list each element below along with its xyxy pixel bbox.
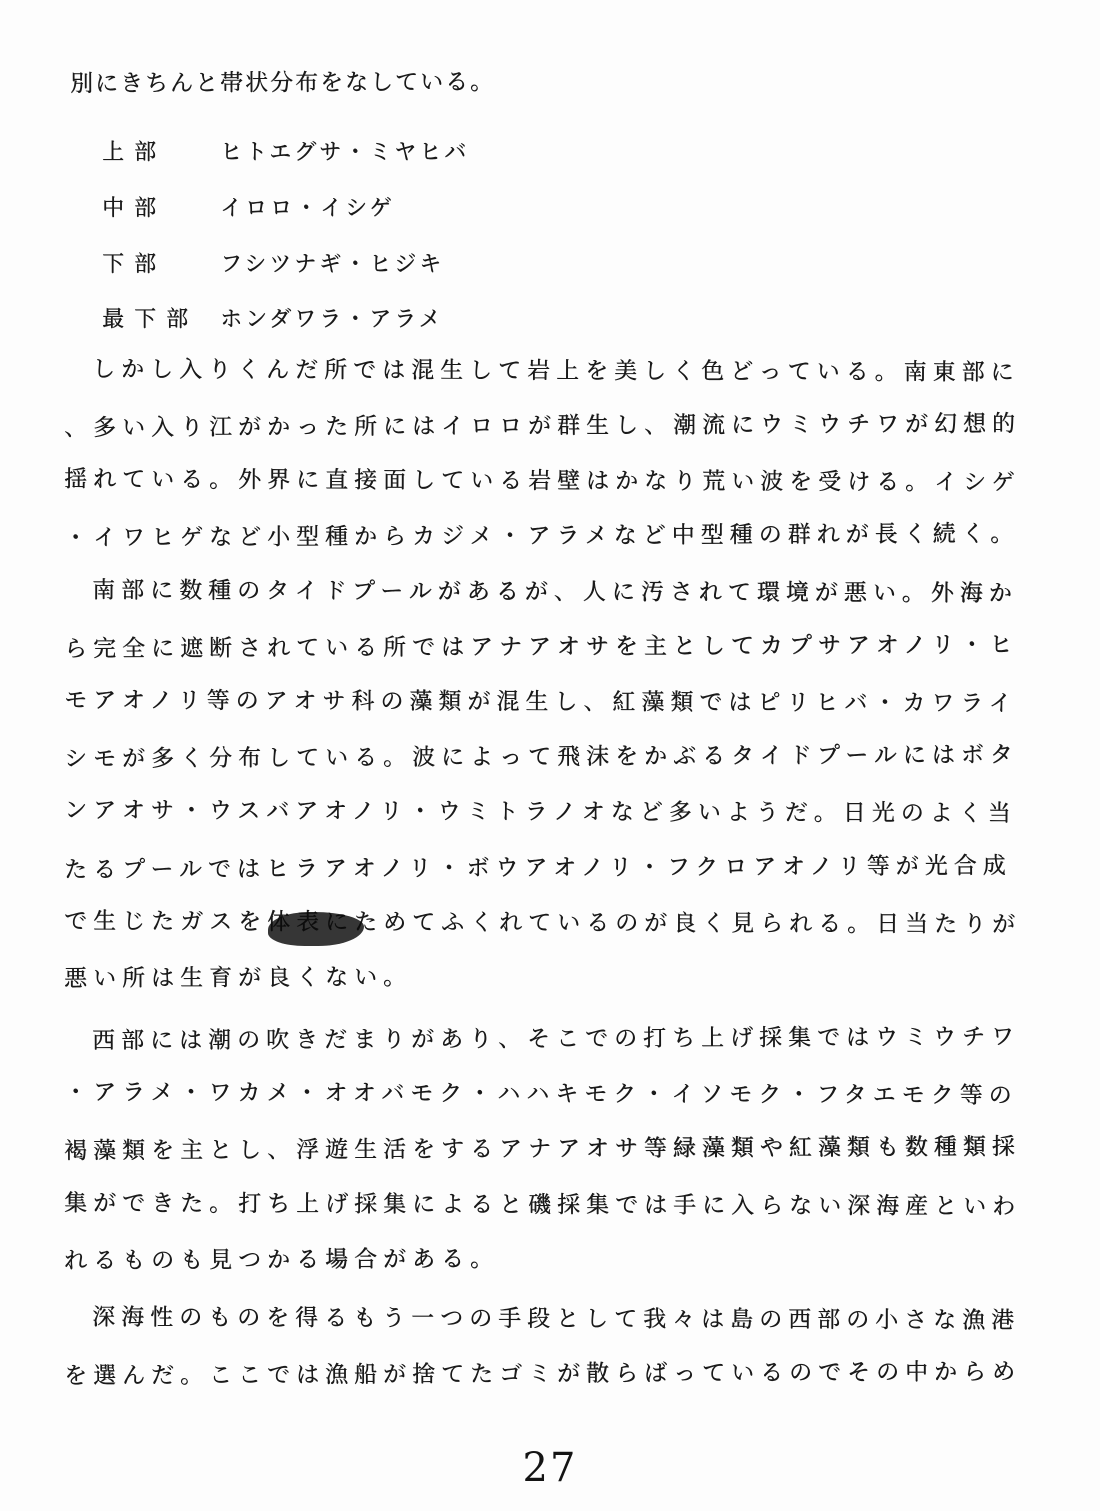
zone-species: イロロ・イシゲ xyxy=(220,191,395,222)
paragraph-line: シモが多く分布している。波によって飛沫をかぶるタイドプールにはボタ xyxy=(64,744,1019,771)
zone-row: 中部 イロロ・イシゲ xyxy=(0,191,1100,221)
zone-label: 上部 xyxy=(102,135,166,166)
zone-label: 最下部 xyxy=(102,302,198,333)
paragraph-line: 深海性のものを得るもう一つの手段として我々は島の西部の小さな漁港 xyxy=(92,1306,1020,1332)
scanned-document-page: 別にきちんと帯状分布をなしている。 上部 ヒトエグサ・ミヤヒバ 中部 イロロ・イ… xyxy=(0,0,1100,1511)
zone-row: 上部 ヒトエグサ・ミヤヒバ xyxy=(0,135,1100,165)
ink-smudge xyxy=(268,912,364,946)
zone-label: 中部 xyxy=(102,191,166,222)
intro-line: 別にきちんと帯状分布をなしている。 xyxy=(70,71,495,96)
paragraph-line: ・アラメ・ワカメ・オオバモク・ハハキモク・イソモク・フタエモク等の xyxy=(64,1081,1018,1107)
paragraph-line: 揺れている。外界に直接面している岩壁はかなり荒い波を受ける。イシゲ xyxy=(64,468,1021,494)
paragraph-line: で生じたガスを体表にためてふくれているのが良く見られる。日当たりが xyxy=(64,910,1021,936)
zone-label: 下部 xyxy=(102,247,166,278)
zone-species: フシツナギ・ヒジキ xyxy=(220,247,444,278)
zone-row: 最下部 ホンダワラ・アラメ xyxy=(0,302,1100,332)
paragraph-line: 南部に数種のタイドプールがあるが、人に汚されて環境が悪い。外海か xyxy=(92,579,1018,605)
page-number: 27 xyxy=(0,1445,1100,1491)
paragraph-line: れるものも見つかる場合がある。 xyxy=(64,1248,499,1273)
paragraph-line: しかし入りくんだ所では混生して岩上を美しく色どっている。南東部に xyxy=(92,358,1020,384)
paragraph-line: モアオノリ等のアオサ科の藻類が混生し、紅藻類ではピリヒバ・カワライ xyxy=(64,689,1018,715)
paragraph-line: 褐藻類を主とし、浮遊生活をするアナアオサ等緑藻類や紅藻類も数種類採 xyxy=(64,1136,1021,1163)
paragraph-line: 、多い入り江がかった所にはイロロが群生し、潮流にウミウチワが幻想的 xyxy=(64,413,1021,440)
paragraph-line: 悪い所は生育が良くない。 xyxy=(64,966,412,991)
paragraph-line: たるプールではヒラアオノリ・ボウアオノリ・フクロアオノリ等が光合成 xyxy=(64,855,1012,882)
paragraph-line: ンアオサ・ウスバアオノリ・ウミトラノオなど多いようだ。日光のよく当 xyxy=(64,799,1017,825)
zone-species: ヒトエグサ・ミヤヒバ xyxy=(220,135,469,166)
zone-row: 下部 フシツナギ・ヒジキ xyxy=(0,247,1100,277)
paragraph-line: 西部には潮の吹きだまりがあり、そこでの打ち上げ採集ではウミウチワ xyxy=(92,1026,1020,1053)
paragraph-line: 集ができた。打ち上げ採集によると磯採集では手に入らない深海産といわ xyxy=(64,1192,1021,1218)
paragraph-line: を選んだ。ここでは漁船が捨てたゴミが散らばっているのでその中からめ xyxy=(64,1361,1021,1388)
zone-species: ホンダワラ・アラメ xyxy=(220,302,443,333)
paragraph-line: ら完全に遮断されている所ではアナアオサを主としてカプサアオノリ・ヒ xyxy=(64,634,1018,661)
paragraph-line: ・イワヒゲなど小型種からカジメ・アラメなど中型種の群れが長く続く。 xyxy=(64,523,1019,550)
